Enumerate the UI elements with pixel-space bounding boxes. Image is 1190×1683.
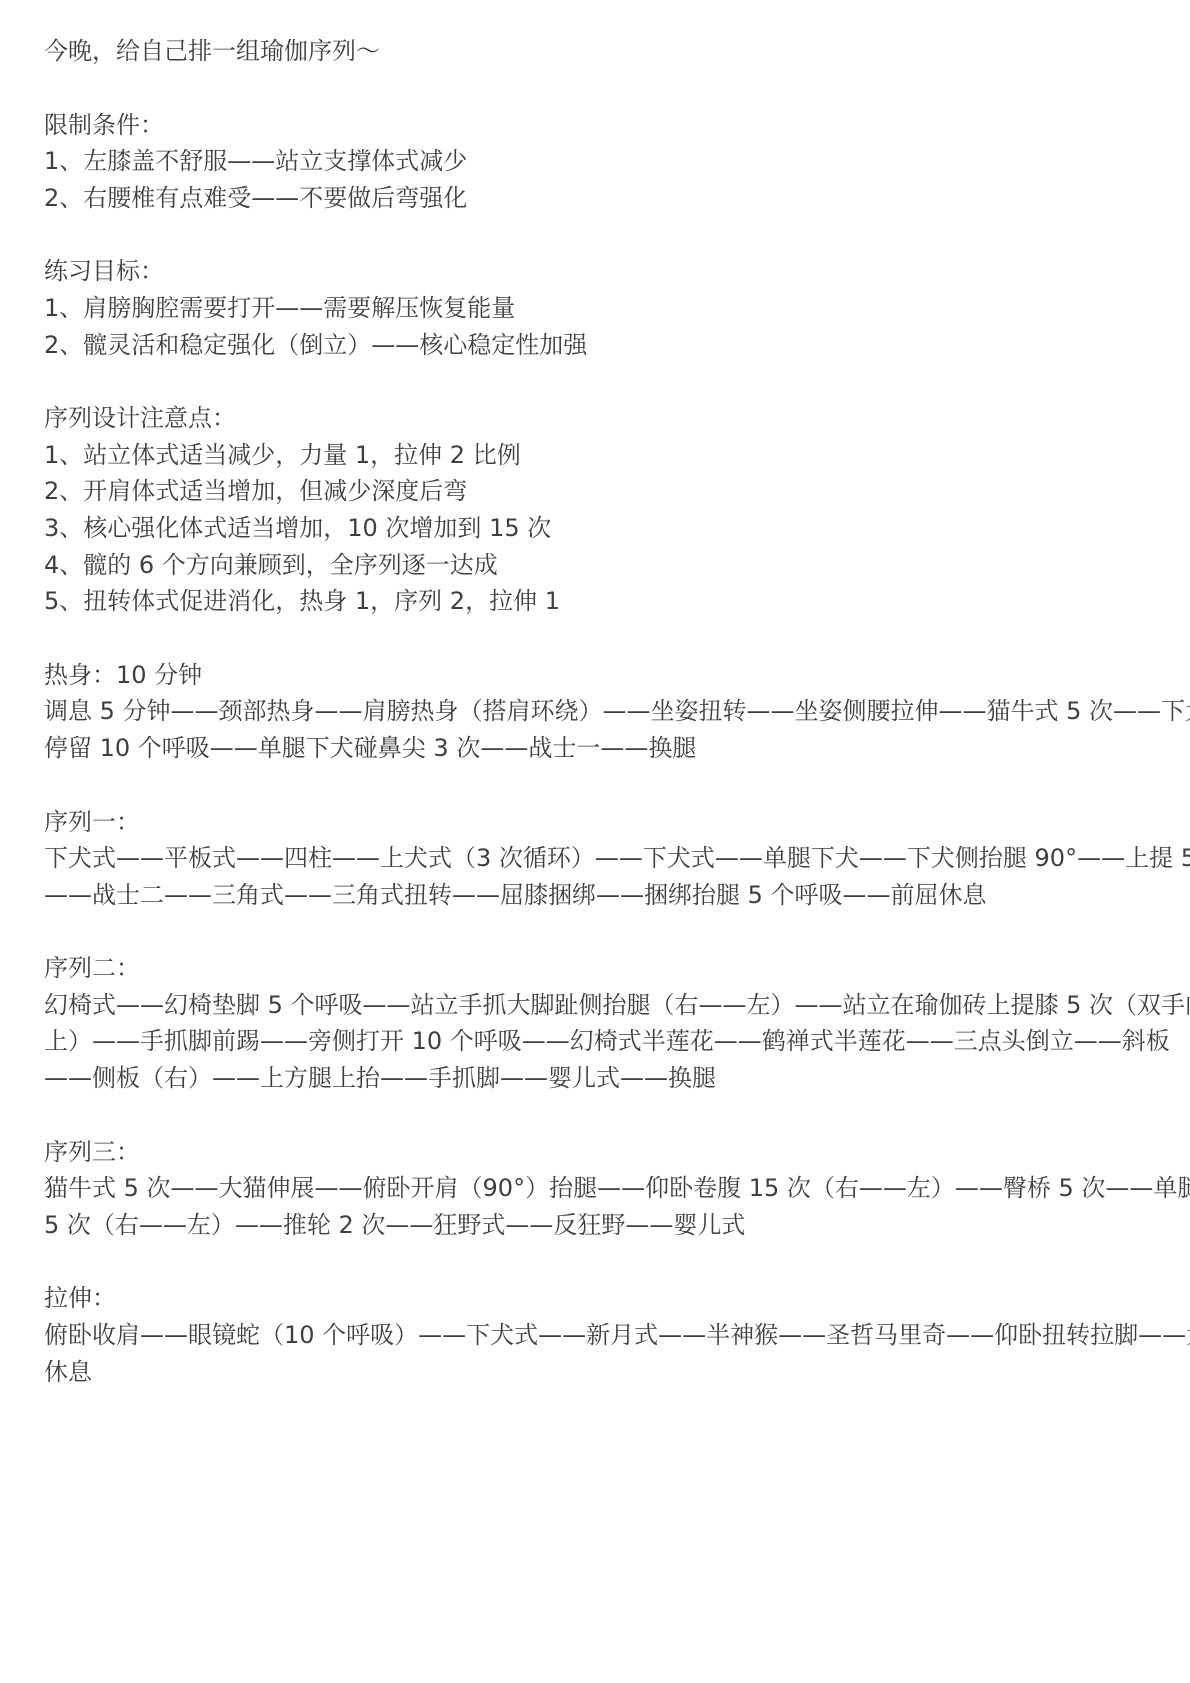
section-stretch: 拉伸： 俯卧收肩——眼镜蛇（10 个呼吸）——下犬式——新月式——半神猴——圣哲… [44, 1280, 1162, 1390]
text-line: 2、右腰椎有点难受——不要做后弯强化 [44, 180, 1162, 217]
text-line: 2、开肩体式适当增加，但减少深度后弯 [44, 473, 1162, 510]
section-heading: 序列一： [44, 804, 1162, 841]
section-heading: 热身：10 分钟 [44, 657, 1162, 694]
section-sequence-2: 序列二： 幻椅式——幻椅垫脚 5 个呼吸——站立手抓大脚趾侧抬腿（右——左）——… [44, 950, 1162, 1096]
text-line: 1、左膝盖不舒服——站立支撑体式减少 [44, 143, 1162, 180]
note-intro-line: 今晚，给自己排一组瑜伽序列～ [44, 33, 1162, 70]
section-heading: 练习目标： [44, 253, 1162, 290]
section-heading: 拉伸： [44, 1280, 1162, 1317]
text-line: 猫牛式 5 次——大猫伸展——俯卧开肩（90°）抬腿——仰卧卷腹 15 次（右—… [44, 1170, 1162, 1207]
text-line: ——战士二——三角式——三角式扭转——屈膝捆绑——捆绑抬腿 5 个呼吸——前屈休… [44, 877, 1162, 914]
text-line: 5、扭转体式促进消化，热身 1，序列 2，拉伸 1 [44, 583, 1162, 620]
text-line: 5 次（右——左）——推轮 2 次——狂野式——反狂野——婴儿式 [44, 1207, 1162, 1244]
text-line: 俯卧收肩——眼镜蛇（10 个呼吸）——下犬式——新月式——半神猴——圣哲马里奇—… [44, 1317, 1162, 1354]
text-line: 幻椅式——幻椅垫脚 5 个呼吸——站立手抓大脚趾侧抬腿（右——左）——站立在瑜伽… [44, 987, 1162, 1024]
section-design-notes: 序列设计注意点： 1、站立体式适当减少，力量 1，拉伸 2 比例 2、开肩体式适… [44, 400, 1162, 620]
text-line: 1、站立体式适当减少，力量 1，拉伸 2 比例 [44, 437, 1162, 474]
text-line: 1、肩膀胸腔需要打开——需要解压恢复能量 [44, 290, 1162, 327]
section-warmup: 热身：10 分钟 调息 5 分钟——颈部热身——肩膀热身（搭肩环绕）——坐姿扭转… [44, 657, 1162, 767]
text-line: 上）——手抓脚前踢——旁侧打开 10 个呼吸——幻椅式半莲花——鹤禅式半莲花——… [44, 1023, 1162, 1060]
section-limitations: 限制条件： 1、左膝盖不舒服——站立支撑体式减少 2、右腰椎有点难受——不要做后… [44, 107, 1162, 217]
text-line: 2、髋灵活和稳定强化（倒立）——核心稳定性加强 [44, 327, 1162, 364]
text-line: 休息 [44, 1354, 1162, 1391]
text-line: 3、核心强化体式适当增加，10 次增加到 15 次 [44, 510, 1162, 547]
section-heading: 限制条件： [44, 107, 1162, 144]
section-heading: 序列设计注意点： [44, 400, 1162, 437]
section-heading: 序列三： [44, 1134, 1162, 1171]
section-heading: 序列二： [44, 950, 1162, 987]
text-line: ——侧板（右）——上方腿上抬——手抓脚——婴儿式——换腿 [44, 1060, 1162, 1097]
section-sequence-3: 序列三： 猫牛式 5 次——大猫伸展——俯卧开肩（90°）抬腿——仰卧卷腹 15… [44, 1134, 1162, 1244]
text-line: 下犬式——平板式——四柱——上犬式（3 次循环）——下犬式——单腿下犬——下犬侧… [44, 840, 1162, 877]
text-line: 4、髋的 6 个方向兼顾到，全序列逐一达成 [44, 547, 1162, 584]
text-line: 调息 5 分钟——颈部热身——肩膀热身（搭肩环绕）——坐姿扭转——坐姿侧腰拉伸—… [44, 693, 1162, 730]
section-goals: 练习目标： 1、肩膀胸腔需要打开——需要解压恢复能量 2、髋灵活和稳定强化（倒立… [44, 253, 1162, 363]
yoga-note-document: 今晚，给自己排一组瑜伽序列～ 限制条件： 1、左膝盖不舒服——站立支撑体式减少 … [0, 0, 1190, 1683]
section-sequence-1: 序列一： 下犬式——平板式——四柱——上犬式（3 次循环）——下犬式——单腿下犬… [44, 804, 1162, 914]
text-line: 停留 10 个呼吸——单腿下犬碰鼻尖 3 次——战士一——换腿 [44, 730, 1162, 767]
